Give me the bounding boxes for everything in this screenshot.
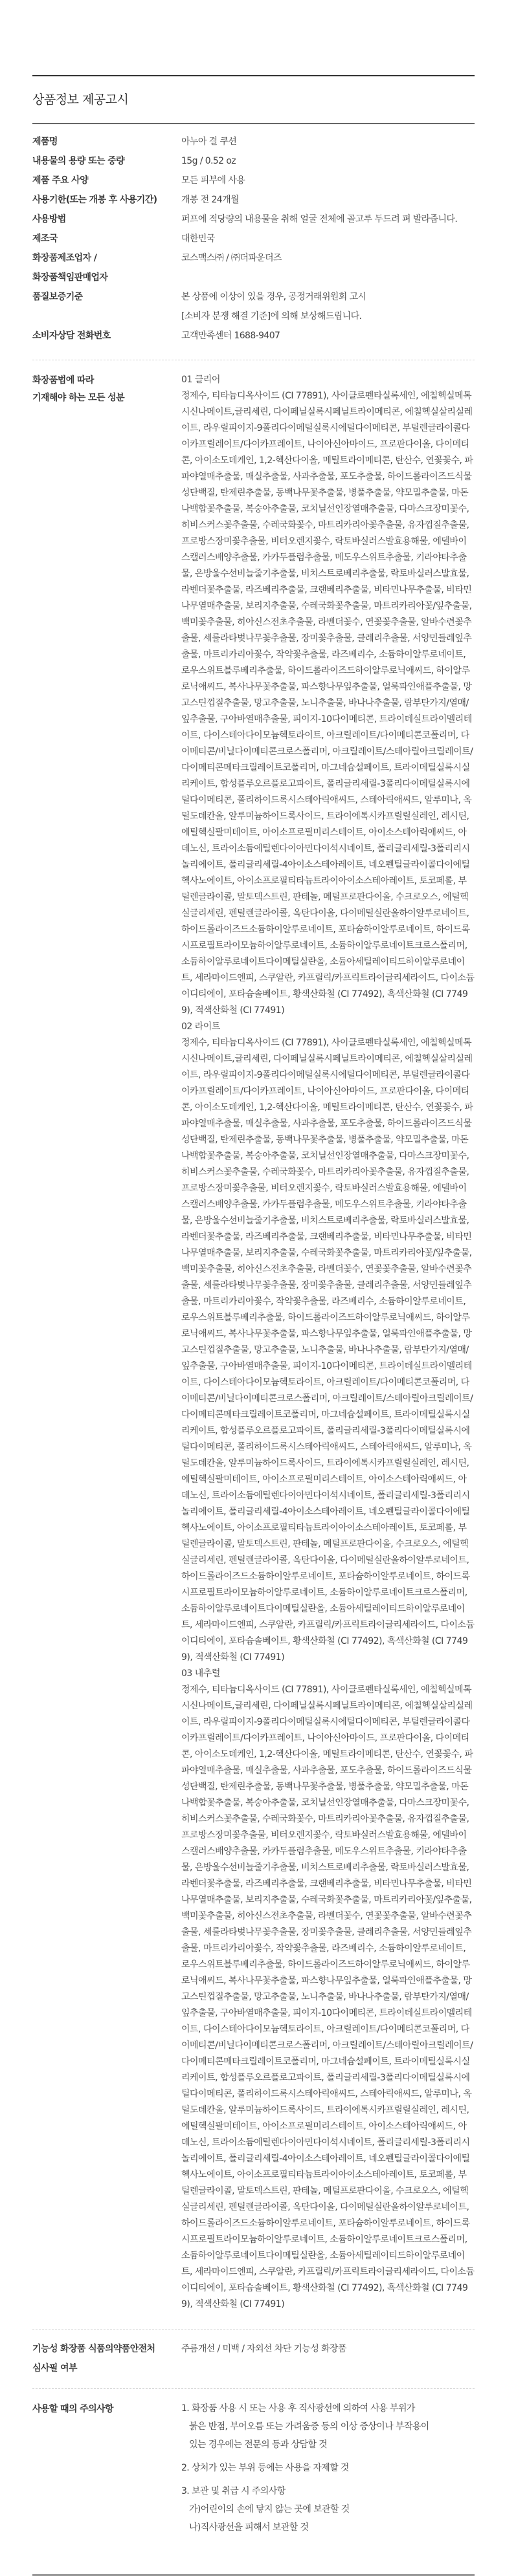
row-usage: 사용방법 퍼프에 적당량의 내용물을 취해 얼굴 전체에 골고루 두드려 펴 발… [32, 210, 475, 229]
ingredients-value: 01 클리어 정제수, 티타늄디옥사이드 (CI 77891), 사이클로펜타실… [181, 372, 475, 2313]
functional-section: 기능성 화장품 식품의약품안전처 심사필 여부 주름개선 / 미백 / 자외선 … [32, 2330, 475, 2388]
caution-item: 1. 화장품 사용 시 또는 사용 후 직사광선에 의하여 사용 부위가 붉은 … [181, 2399, 475, 2454]
caution-line: 있는 경우에는 전문의 등과 상담할 것 [181, 2436, 475, 2454]
row-value: 고객만족센터 1688-9407 [181, 326, 475, 345]
variant-name: 03 내추럴 [181, 1666, 475, 1682]
caution-line: 붉은 반점, 부어오름 또는 가려움증 등의 이상 증상이나 부작용이 [181, 2418, 475, 2436]
row-label: 제품명 [32, 132, 181, 151]
row-value: 모든 피부에 사용 [181, 171, 475, 190]
row-volume: 내용물의 용량 또는 중량 15g / 0.52 oz [32, 151, 475, 171]
row-label: 제조국 [32, 229, 181, 248]
basic-info-table: 제품명 아누아 결 쿠션 내용물의 용량 또는 중량 15g / 0.52 oz… [32, 124, 475, 360]
functional-label: 기능성 화장품 식품의약품안전처 심사필 여부 [32, 2339, 181, 2378]
caution-list: 1. 화장품 사용 시 또는 사용 후 직사광선에 의하여 사용 부위가 붉은 … [181, 2399, 475, 2542]
product-info-notice: 상품정보 제공고시 제품명 아누아 결 쿠션 내용물의 용량 또는 중량 15g… [32, 75, 475, 2576]
row-label: 품질보증기준 [32, 287, 181, 326]
row-value-line: [소비자 분쟁 해결 기준]에 의해 보상해드립니다. [181, 307, 475, 326]
row-value: 개봉 전 24개월 [181, 190, 475, 210]
row-quality-guarantee: 품질보증기준 본 상품에 이상이 있을 경우, 공정거래위원회 고시 [소비자 … [32, 287, 475, 326]
row-value-line: 본 상품에 이상이 있을 경우, 공정거래위원회 고시 [181, 287, 475, 307]
caution-line: 2. 상처가 있는 부위 등에는 사용을 자제할 것 [181, 2459, 475, 2477]
caution-subitem: 가)어린이의 손에 닿지 않는 곳에 보관할 것 [181, 2500, 475, 2518]
row-value: 15g / 0.52 oz [181, 151, 475, 171]
ingredients-label-line: 기재해야 하는 모든 성분 [32, 389, 181, 407]
row-value: 퍼프에 적당량의 내용물을 취해 얼굴 전체에 골고루 두드려 펴 발라줍니다. [181, 210, 475, 229]
row-label: 화장품제조업자 / 화장품책임판매업자 [32, 248, 181, 287]
row-expiry: 사용기한(또는 개봉 후 사용기간) 개봉 전 24개월 [32, 190, 475, 210]
caution-item: 3. 보관 및 취급 시 주의사항 가)어린이의 손에 닿지 않는 곳에 보관할… [181, 2482, 475, 2537]
ingredients-section: 화장품법에 따라 기재해야 하는 모든 성분 01 클리어 정제수, 티타늄디옥… [32, 360, 475, 2330]
functional-label-line: 심사필 여부 [32, 2359, 181, 2378]
variant-ingredient-list: 정제수, 티타늄디옥사이드 (CI 77891), 사이클로펜타실록세인, 에칠… [181, 1035, 475, 1666]
variant-name: 01 클리어 [181, 372, 475, 388]
variant-ingredient-list: 정제수, 티타늄디옥사이드 (CI 77891), 사이클로펜타실록세인, 에칠… [181, 388, 475, 1019]
caution-item: 2. 상처가 있는 부위 등에는 사용을 자제할 것 [181, 2459, 475, 2477]
functional-value: 주름개선 / 미백 / 자외선 차단 기능성 화장품 [181, 2339, 475, 2378]
row-product-name: 제품명 아누아 결 쿠션 [32, 132, 475, 151]
caution-line: 3. 보관 및 취급 시 주의사항 [181, 2482, 475, 2500]
row-country: 제조국 대한민국 [32, 229, 475, 248]
variant-name: 02 라이트 [181, 1019, 475, 1035]
row-label: 소비자상담 전화번호 [32, 326, 181, 345]
row-value: 코스맥스㈜ / ㈜더파운더즈 [181, 248, 475, 287]
caution-section: 사용할 때의 주의사항 1. 화장품 사용 시 또는 사용 후 직사광선에 의하… [32, 2389, 475, 2561]
row-label-line: 화장품제조업자 / [32, 248, 181, 268]
row-customer-phone: 소비자상담 전화번호 고객만족센터 1688-9407 [32, 326, 475, 360]
row-label: 제품 주요 사양 [32, 171, 181, 190]
row-value: 아누아 결 쿠션 [181, 132, 475, 151]
caution-line: 1. 화장품 사용 시 또는 사용 후 직사광선에 의하여 사용 부위가 [181, 2399, 475, 2418]
row-spec: 제품 주요 사양 모든 피부에 사용 [32, 171, 475, 190]
row-value: 대한민국 [181, 229, 475, 248]
variant-ingredient-list: 정제수, 티타늄디옥사이드 (CI 77891), 사이클로펜타실록세인, 에칠… [181, 1682, 475, 2313]
row-label: 내용물의 용량 또는 중량 [32, 151, 181, 171]
row-label: 사용방법 [32, 210, 181, 229]
ingredients-label-line: 화장품법에 따라 [32, 372, 181, 389]
row-label: 사용기한(또는 개봉 후 사용기간) [32, 190, 181, 210]
functional-label-line: 기능성 화장품 식품의약품안전처 [32, 2339, 181, 2359]
ingredients-label: 화장품법에 따라 기재해야 하는 모든 성분 [32, 372, 181, 2313]
row-label-line: 화장품책임판매업자 [32, 268, 181, 287]
caution-subitem: 나)직사광선을 피해서 보관할 것 [181, 2518, 475, 2537]
page-title: 상품정보 제공고시 [32, 76, 475, 123]
row-value: 본 상품에 이상이 있을 경우, 공정거래위원회 고시 [소비자 분쟁 해결 기… [181, 287, 475, 326]
row-manufacturer: 화장품제조업자 / 화장품책임판매업자 코스맥스㈜ / ㈜더파운더즈 [32, 248, 475, 287]
caution-label: 사용할 때의 주의사항 [32, 2399, 181, 2542]
